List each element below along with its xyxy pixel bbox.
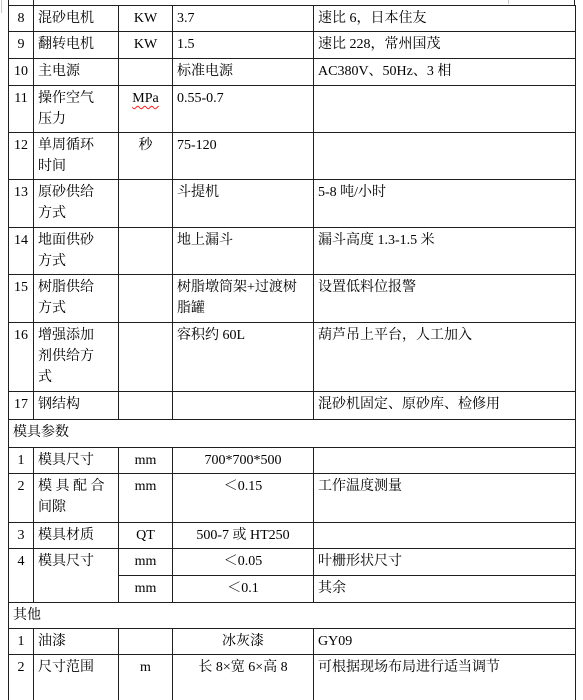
param-remark [314, 523, 576, 549]
table-row: 2 模 具 配 合 间隙 mm ＜0.15 工作温度测量 [9, 474, 576, 523]
param-value: 700*700*500 [173, 448, 314, 474]
param-name: 模具尺寸 [34, 448, 119, 474]
cutoff-row-border-grey [508, 0, 509, 4]
row-number: 9 [9, 32, 34, 59]
document-page: 8 混砂电机 KW 3.7 速比 6，日本住友 9 翻转电机 KW 1.5 速比… [0, 0, 583, 700]
param-value: 500-7 或 HT250 [173, 523, 314, 549]
param-name: 翻转电机 [34, 32, 119, 59]
param-value: 斗提机 [173, 180, 314, 228]
table-row: 10 主电源 标准电源 AC380V、50Hz、3 相 [9, 59, 576, 86]
param-value: 树脂墩筒架+过渡树脂罐 [173, 275, 314, 323]
param-unit [119, 629, 173, 655]
row-number: 1 [9, 448, 34, 474]
param-value: 容积约 60L [173, 323, 314, 392]
row-number: 2 [9, 655, 34, 700]
param-value: 冰灰漆 [173, 629, 314, 655]
section-header-row: 其他 [9, 603, 576, 629]
param-unit: KW [119, 32, 173, 59]
param-unit: MPa [119, 86, 173, 133]
param-value: 1.5 [173, 32, 314, 59]
param-unit: mm [119, 448, 173, 474]
table-row: 14 地面供砂 方式 地上漏斗 漏斗高度 1.3-1.5 米 [9, 228, 576, 275]
param-value [173, 392, 314, 420]
param-unit [119, 228, 173, 275]
param-unit [119, 392, 173, 420]
table-row: 12 单周循环 时间 秒 75-120 [9, 133, 576, 180]
param-name: 地面供砂 方式 [34, 228, 119, 275]
param-value: 0.55-0.7 [173, 86, 314, 133]
param-unit: mm [119, 474, 173, 523]
table-row: 2 尺寸范围 m 长 8×宽 6×高 8 可根据现场布局进行适当调节 [9, 655, 576, 700]
table-row: 9 翻转电机 KW 1.5 速比 228，常州国茂 [9, 32, 576, 59]
row-number: 10 [9, 59, 34, 86]
param-remark: 5-8 吨/小时 [314, 180, 576, 228]
param-name: 模具材质 [34, 523, 119, 549]
spec-table: 8 混砂电机 KW 3.7 速比 6，日本住友 9 翻转电机 KW 1.5 速比… [8, 5, 576, 700]
section-header-mold: 模具参数 [9, 420, 576, 448]
param-unit: mm [119, 549, 173, 576]
param-name: 模 具 配 合 间隙 [34, 474, 119, 523]
param-unit: 秒 [119, 133, 173, 180]
param-remark: 混砂机固定、原砂库、检修用 [314, 392, 576, 420]
param-value: ＜0.1 [173, 576, 314, 603]
table-row: 8 混砂电机 KW 3.7 速比 6，日本住友 [9, 6, 576, 32]
row-number: 11 [9, 86, 34, 133]
param-remark: GY09 [314, 629, 576, 655]
param-unit [119, 180, 173, 228]
param-remark: 其余 [314, 576, 576, 603]
param-unit: m [119, 655, 173, 700]
param-name: 操作空气 压力 [34, 86, 119, 133]
row-number: 4 [9, 549, 34, 603]
param-unit [119, 323, 173, 392]
param-name: 油漆 [34, 629, 119, 655]
param-unit: mm [119, 576, 173, 603]
param-value: 3.7 [173, 6, 314, 32]
param-name: 增强添加 剂供给方 式 [34, 323, 119, 392]
table-row: 13 原砂供给 方式 斗提机 5-8 吨/小时 [9, 180, 576, 228]
param-remark: AC380V、50Hz、3 相 [314, 59, 576, 86]
table-row: 16 增强添加 剂供给方 式 容积约 60L 葫芦吊上平台，人工加入 [9, 323, 576, 392]
param-remark: 速比 228，常州国茂 [314, 32, 576, 59]
param-value: 地上漏斗 [173, 228, 314, 275]
param-remark: 漏斗高度 1.3-1.5 米 [314, 228, 576, 275]
section-header-other: 其他 [9, 603, 576, 629]
row-number: 13 [9, 180, 34, 228]
row-number: 2 [9, 474, 34, 523]
row-number: 14 [9, 228, 34, 275]
param-unit: QT [119, 523, 173, 549]
row-number: 15 [9, 275, 34, 323]
param-remark: 叶栅形状尺寸 [314, 549, 576, 576]
param-unit: KW [119, 6, 173, 32]
param-name: 原砂供给 方式 [34, 180, 119, 228]
param-remark: 设置低料位报警 [314, 275, 576, 323]
param-name: 尺寸范围 [34, 655, 119, 700]
param-name: 模具尺寸 [34, 549, 119, 603]
param-remark: 速比 6，日本住友 [314, 6, 576, 32]
row-number: 12 [9, 133, 34, 180]
table-row: 17 钢结构 混砂机固定、原砂库、检修用 [9, 392, 576, 420]
table-row: 1 模具尺寸 mm 700*700*500 [9, 448, 576, 474]
table-row: 15 树脂供给 方式 树脂墩筒架+过渡树脂罐 设置低料位报警 [9, 275, 576, 323]
param-value: 75-120 [173, 133, 314, 180]
param-value: ＜0.15 [173, 474, 314, 523]
param-unit [119, 275, 173, 323]
row-number: 17 [9, 392, 34, 420]
table-row: 1 油漆 冰灰漆 GY09 [9, 629, 576, 655]
param-name: 钢结构 [34, 392, 119, 420]
table-row: 4 模具尺寸 mm ＜0.05 叶栅形状尺寸 [9, 549, 576, 576]
param-name: 单周循环 时间 [34, 133, 119, 180]
table-row: 11 操作空气 压力 MPa 0.55-0.7 [9, 86, 576, 133]
param-remark [314, 133, 576, 180]
param-remark: 可根据现场布局进行适当调节 [314, 655, 576, 700]
param-unit [119, 59, 173, 86]
param-value: 长 8×宽 6×高 8 [173, 655, 314, 700]
row-number: 16 [9, 323, 34, 392]
param-remark: 工作温度测量 [314, 474, 576, 523]
param-remark [314, 448, 576, 474]
row-number: 8 [9, 6, 34, 32]
param-remark [314, 86, 576, 133]
param-remark: 葫芦吊上平台，人工加入 [314, 323, 576, 392]
spellcheck-underline: MPa [132, 91, 158, 106]
row-number: 1 [9, 629, 34, 655]
param-name: 主电源 [34, 59, 119, 86]
param-name: 混砂电机 [34, 6, 119, 32]
param-value: ＜0.05 [173, 549, 314, 576]
param-value: 标准电源 [173, 59, 314, 86]
row-number: 3 [9, 523, 34, 549]
page-edge-line [1, 0, 2, 13]
section-header-row: 模具参数 [9, 420, 576, 448]
table-row: 3 模具材质 QT 500-7 或 HT250 [9, 523, 576, 549]
param-name: 树脂供给 方式 [34, 275, 119, 323]
